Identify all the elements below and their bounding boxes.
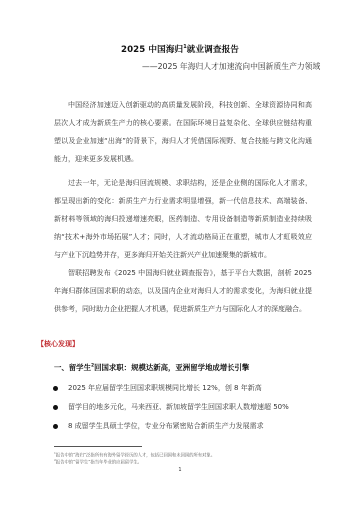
bullet-text: 留学目的地多元化，马来西亚、新加坡留学生回国求职人数增速超 50% [68, 403, 289, 411]
bullet-dot-icon [53, 424, 58, 429]
bullet-text: 8 成留学生具硕士学位，专业分布紧密贴合新质生产力发展需求 [68, 422, 264, 430]
bullet-text: 2025 年应届留学生回国求职规模同比增长 12%，创 8 年新高 [68, 384, 262, 392]
bullet-dot-icon [53, 405, 58, 410]
intro-paragraph-2: 过去一年，无论是海归回流规模、求职结构，还是企业侧的国际化人才需求，都呈现出新的… [54, 174, 312, 264]
footnote-2: 2报告中的“留学生”指当年毕业的应届留学生。 [54, 458, 142, 465]
section-label-core-findings: 【核心发现】 [37, 339, 79, 349]
bullet-item: 2025 年应届留学生回国求职规模同比增长 12%，创 8 年新高 [52, 380, 289, 399]
title-suffix: 就业调查报告 [187, 45, 239, 55]
heading-suffix: 回国求职：规模达新高，亚洲留学地成增长引擎 [94, 363, 249, 372]
bullet-item: 留学目的地多元化，马来西亚、新加坡留学生回国求职人数增速超 50% [52, 399, 289, 418]
findings-bullet-list: 2025 年应届留学生回国求职规模同比增长 12%，创 8 年新高 留学目的地多… [52, 380, 289, 437]
report-subtitle: ——2025 年海归人才加速流向中国新质生产力领域 [142, 61, 320, 72]
bullet-dot-icon [53, 386, 58, 391]
footnote-divider [54, 446, 142, 447]
intro-paragraph-1: 中国经济加速迈入创新驱动的高质量发展阶段，科技创新、全球资源协同和高层次人才成为… [54, 96, 312, 168]
report-title: 2025 中国海归1就业调查报告 [0, 43, 360, 55]
document-page: 2025 中国海归1就业调查报告 ——2025 年海归人才加速流向中国新质生产力… [0, 0, 360, 509]
page-number: 1 [0, 467, 360, 473]
title-prefix: 2025 中国海归 [121, 45, 183, 55]
bullet-item: 8 成留学生具硕士学位，专业分布紧密贴合新质生产力发展需求 [52, 418, 289, 437]
finding-heading-1: 一、留学生2回国求职：规模达新高，亚洲留学地成增长引擎 [54, 362, 249, 373]
intro-paragraph-3: 智联招聘发布《2025 中国海归就业调查报告》，基于平台大数据，剖析 2025 … [54, 264, 312, 318]
footnote-text: 报告中的“留学生”指当年毕业的应届留学生。 [56, 460, 142, 465]
heading-prefix: 一、留学生 [54, 363, 91, 372]
